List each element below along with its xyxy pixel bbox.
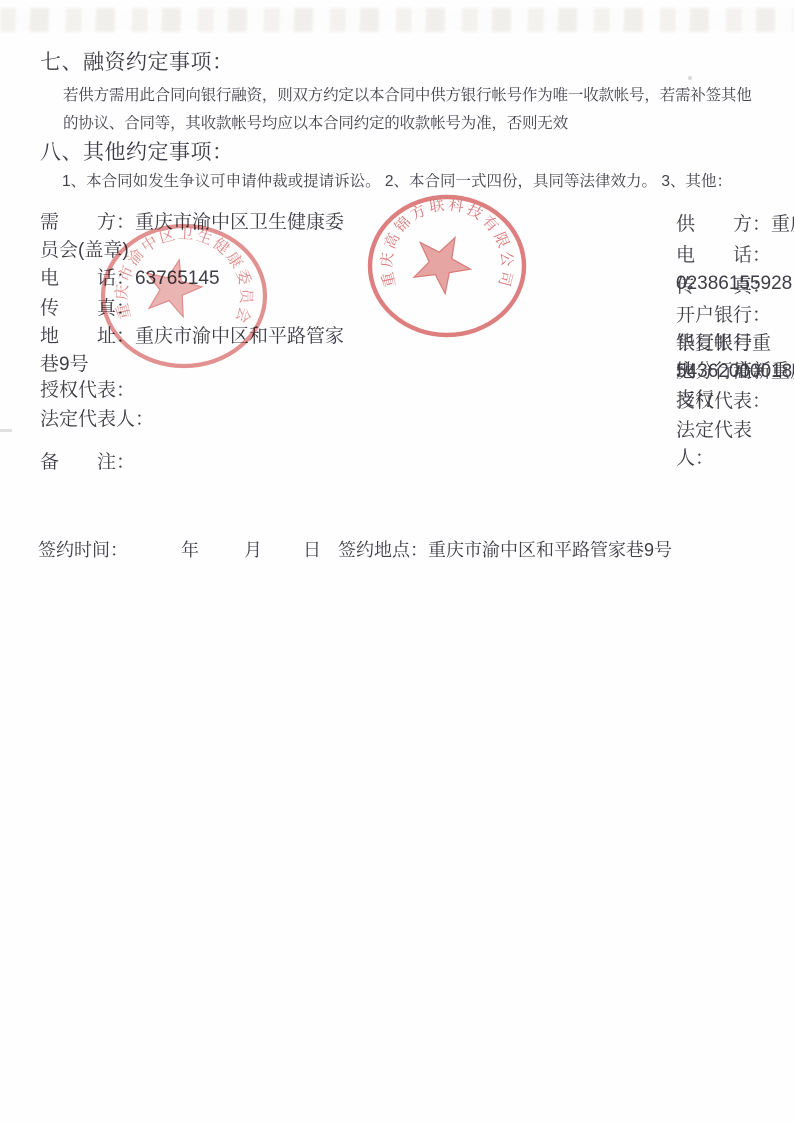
buyer-party-line: 需 方：重庆市渝中区卫生健康委员会(盖章) — [40, 209, 352, 265]
supplier-seal-ring-text: 重庆高锦方联科技有限公司 — [378, 196, 515, 290]
signing-month-label: 月 — [244, 536, 262, 562]
scan-dot-artifact — [688, 76, 692, 80]
buyer-authorized-rep-line: 授权代表： — [40, 377, 135, 405]
section-8-heading: 八、其他约定事项： — [40, 136, 234, 166]
supplier-seal: 重庆高锦方联科技有限公司 — [370, 196, 524, 335]
scanner-edge-artifact — [0, 8, 794, 32]
section-7-heading: 七、融资约定事项： — [40, 46, 234, 76]
buyer-fax-line: 传 真： — [40, 295, 135, 323]
supplier-seal-star-icon — [404, 224, 480, 299]
buyer-address-line: 地 址：重庆市渝中区和平路管家巷9号 — [40, 323, 352, 379]
supplier-address-line: 地 址：重庆市石桥铺渝州路18号高创锦业10楼 — [676, 358, 794, 386]
supplier-seal-ring — [370, 197, 524, 335]
section-7-body: 若供方需用此合同向银行融资，则双方约定以本合同中供方银行帐号作为唯一收款帐号，若… — [63, 82, 763, 138]
section-8-clauses: 1、本合同如发生争议可申请仲裁或提请诉讼。 2、本合同一式四份，具同等法律效力。… — [62, 169, 774, 191]
signing-place-line: 签约地点：重庆市渝中区和平路管家巷9号 — [338, 536, 672, 562]
signing-year-label: 年 — [181, 536, 199, 562]
supplier-fax-line: 传 真： — [676, 273, 771, 301]
supplier-legal-rep-line: 法定代表人： — [676, 417, 784, 473]
svg-text:重庆高锦方联科技有限公司: 重庆高锦方联科技有限公司 — [378, 196, 515, 290]
contract-scan-page: 七、融资约定事项： 若供方需用此合同向银行融资，则双方约定以本合同中供方银行帐号… — [0, 0, 794, 1124]
signing-day-label: 日 — [303, 536, 321, 562]
supplier-authorized-rep-line: 授权代表： — [676, 388, 771, 416]
signing-time-label: 签约时间： — [38, 536, 128, 562]
scan-dash-artifact — [0, 429, 12, 432]
supplier-party-line: 供 方：重庆高锦方联科技有限公司(盖章) — [676, 211, 794, 239]
buyer-phone-line: 电 话：63765145 — [40, 265, 220, 293]
buyer-legal-rep-line: 法定代表人： — [40, 406, 154, 434]
buyer-remark-line: 备 注： — [40, 449, 135, 477]
